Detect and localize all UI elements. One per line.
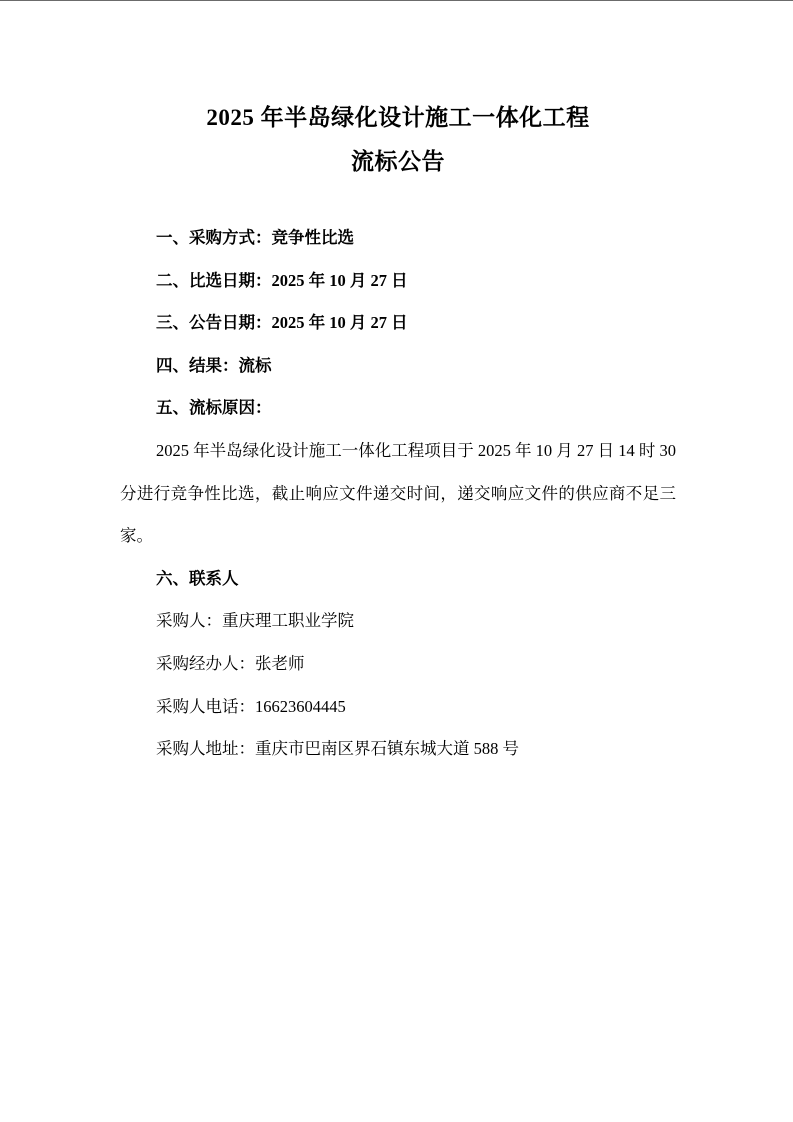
document-content: 2025 年半岛绿化设计施工一体化工程 流标公告 一、采购方式：竞争性比选 二、… [0,1,793,771]
section-item-result: 四、结果：流标 [120,345,676,388]
failure-reason-paragraph: 2025 年半岛绿化设计施工一体化工程项目于 2025 年 10 月 27 日 … [120,430,676,558]
contact-phone: 采购人电话：16623604445 [120,686,676,729]
contact-section-heading: 六、联系人 [120,558,676,601]
section-item-announcement-date: 三、公告日期：2025 年 10 月 27 日 [120,302,676,345]
section-item-procurement-method: 一、采购方式：竞争性比选 [120,217,676,260]
document-page: 2025 年半岛绿化设计施工一体化工程 流标公告 一、采购方式：竞争性比选 二、… [0,0,793,1122]
section-item-selection-date: 二、比选日期：2025 年 10 月 27 日 [120,260,676,303]
contact-purchaser: 采购人：重庆理工职业学院 [120,600,676,643]
document-title-line2: 流标公告 [351,149,445,174]
document-title: 2025 年半岛绿化设计施工一体化工程 流标公告 [120,96,676,184]
contact-address: 采购人地址：重庆市巴南区界石镇东城大道 588 号 [120,728,676,771]
contact-agent: 采购经办人：张老师 [120,643,676,686]
document-body: 一、采购方式：竞争性比选 二、比选日期：2025 年 10 月 27 日 三、公… [120,217,676,771]
document-title-line1: 2025 年半岛绿化设计施工一体化工程 [206,105,589,130]
section-item-failure-reason-heading: 五、流标原因： [120,387,676,430]
